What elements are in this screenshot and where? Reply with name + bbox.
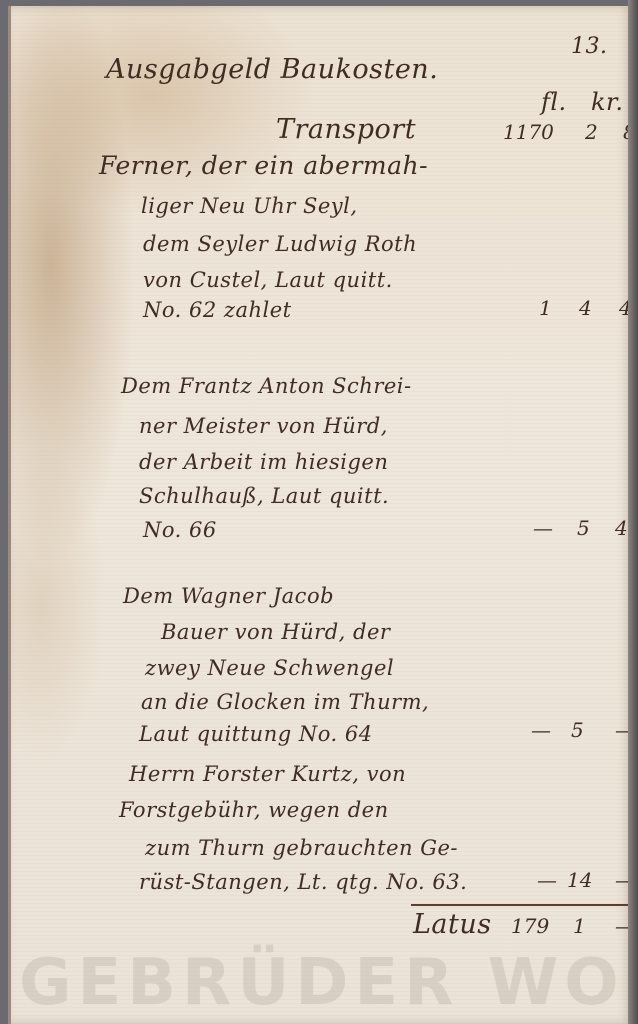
- transport-kreuzer: 2: [585, 120, 598, 144]
- column-header-kreuzer: kr.: [591, 88, 624, 116]
- entry-kreuzer: 5: [571, 718, 584, 742]
- entry-line: No. 66: [143, 518, 217, 542]
- manuscript-page: Ausgabgeld Baukosten. 13. fl. kr. d Tran…: [8, 6, 633, 1024]
- entry-line: liger Neu Uhr Seyl,: [141, 194, 358, 218]
- entry-line: Forstgebühr, wegen den: [119, 798, 389, 822]
- entry-kreuzer: 14: [567, 868, 592, 892]
- latus-kreuzer: 1: [573, 914, 586, 938]
- column-header-gulden: fl.: [541, 88, 567, 116]
- entry-line: Herrn Forster Kurtz, von: [129, 762, 406, 786]
- transport-label: Transport: [276, 114, 416, 145]
- entry-line: Dem Frantz Anton Schrei-: [121, 374, 412, 398]
- entry-line: Schulhauß, Laut quitt.: [139, 484, 389, 508]
- entry-gulden: —: [531, 718, 551, 742]
- entry-gulden: —: [537, 868, 557, 892]
- page-number: 13.: [571, 34, 608, 59]
- entry-line: Laut quittung No. 64: [139, 722, 373, 746]
- latus-label: Latus: [413, 909, 492, 940]
- entry-line: der Arbeit im hiesigen: [139, 450, 388, 474]
- entry-denar: 4: [615, 516, 628, 540]
- entry-line: zum Thurn gebrauchten Ge-: [145, 836, 458, 860]
- entry-kreuzer: 5: [577, 516, 590, 540]
- transport-gulden: 1170: [503, 120, 554, 144]
- entry-line: von Custel, Laut quitt.: [143, 268, 393, 292]
- watermark: GEBRÜDER WOMMER: [19, 946, 638, 1020]
- entry-kreuzer: 4: [579, 296, 592, 320]
- entry-gulden: 1: [539, 296, 552, 320]
- entry-line: No. 62 zahlet: [143, 298, 292, 322]
- page-edge-shadow: [628, 0, 638, 1024]
- entry-line: ner Meister von Hürd,: [139, 414, 388, 438]
- entry-line: rüst-Stangen, Lt. qtg. No. 63.: [139, 870, 467, 894]
- entry-gulden: —: [533, 516, 553, 540]
- entry-line: zwey Neue Schwengel: [145, 656, 394, 680]
- entry-line: Bauer von Hürd, der: [161, 620, 390, 644]
- sum-rule-divider: [411, 904, 638, 906]
- entry-line: dem Seyler Ludwig Roth: [143, 232, 417, 256]
- entry-line: Dem Wagner Jacob: [123, 584, 334, 608]
- latus-gulden: 179: [511, 914, 549, 938]
- entry-line: Ferner, der ein abermah-: [99, 151, 428, 180]
- page-heading: Ausgabgeld Baukosten.: [106, 54, 438, 85]
- entry-line: an die Glocken im Thurm,: [141, 690, 429, 714]
